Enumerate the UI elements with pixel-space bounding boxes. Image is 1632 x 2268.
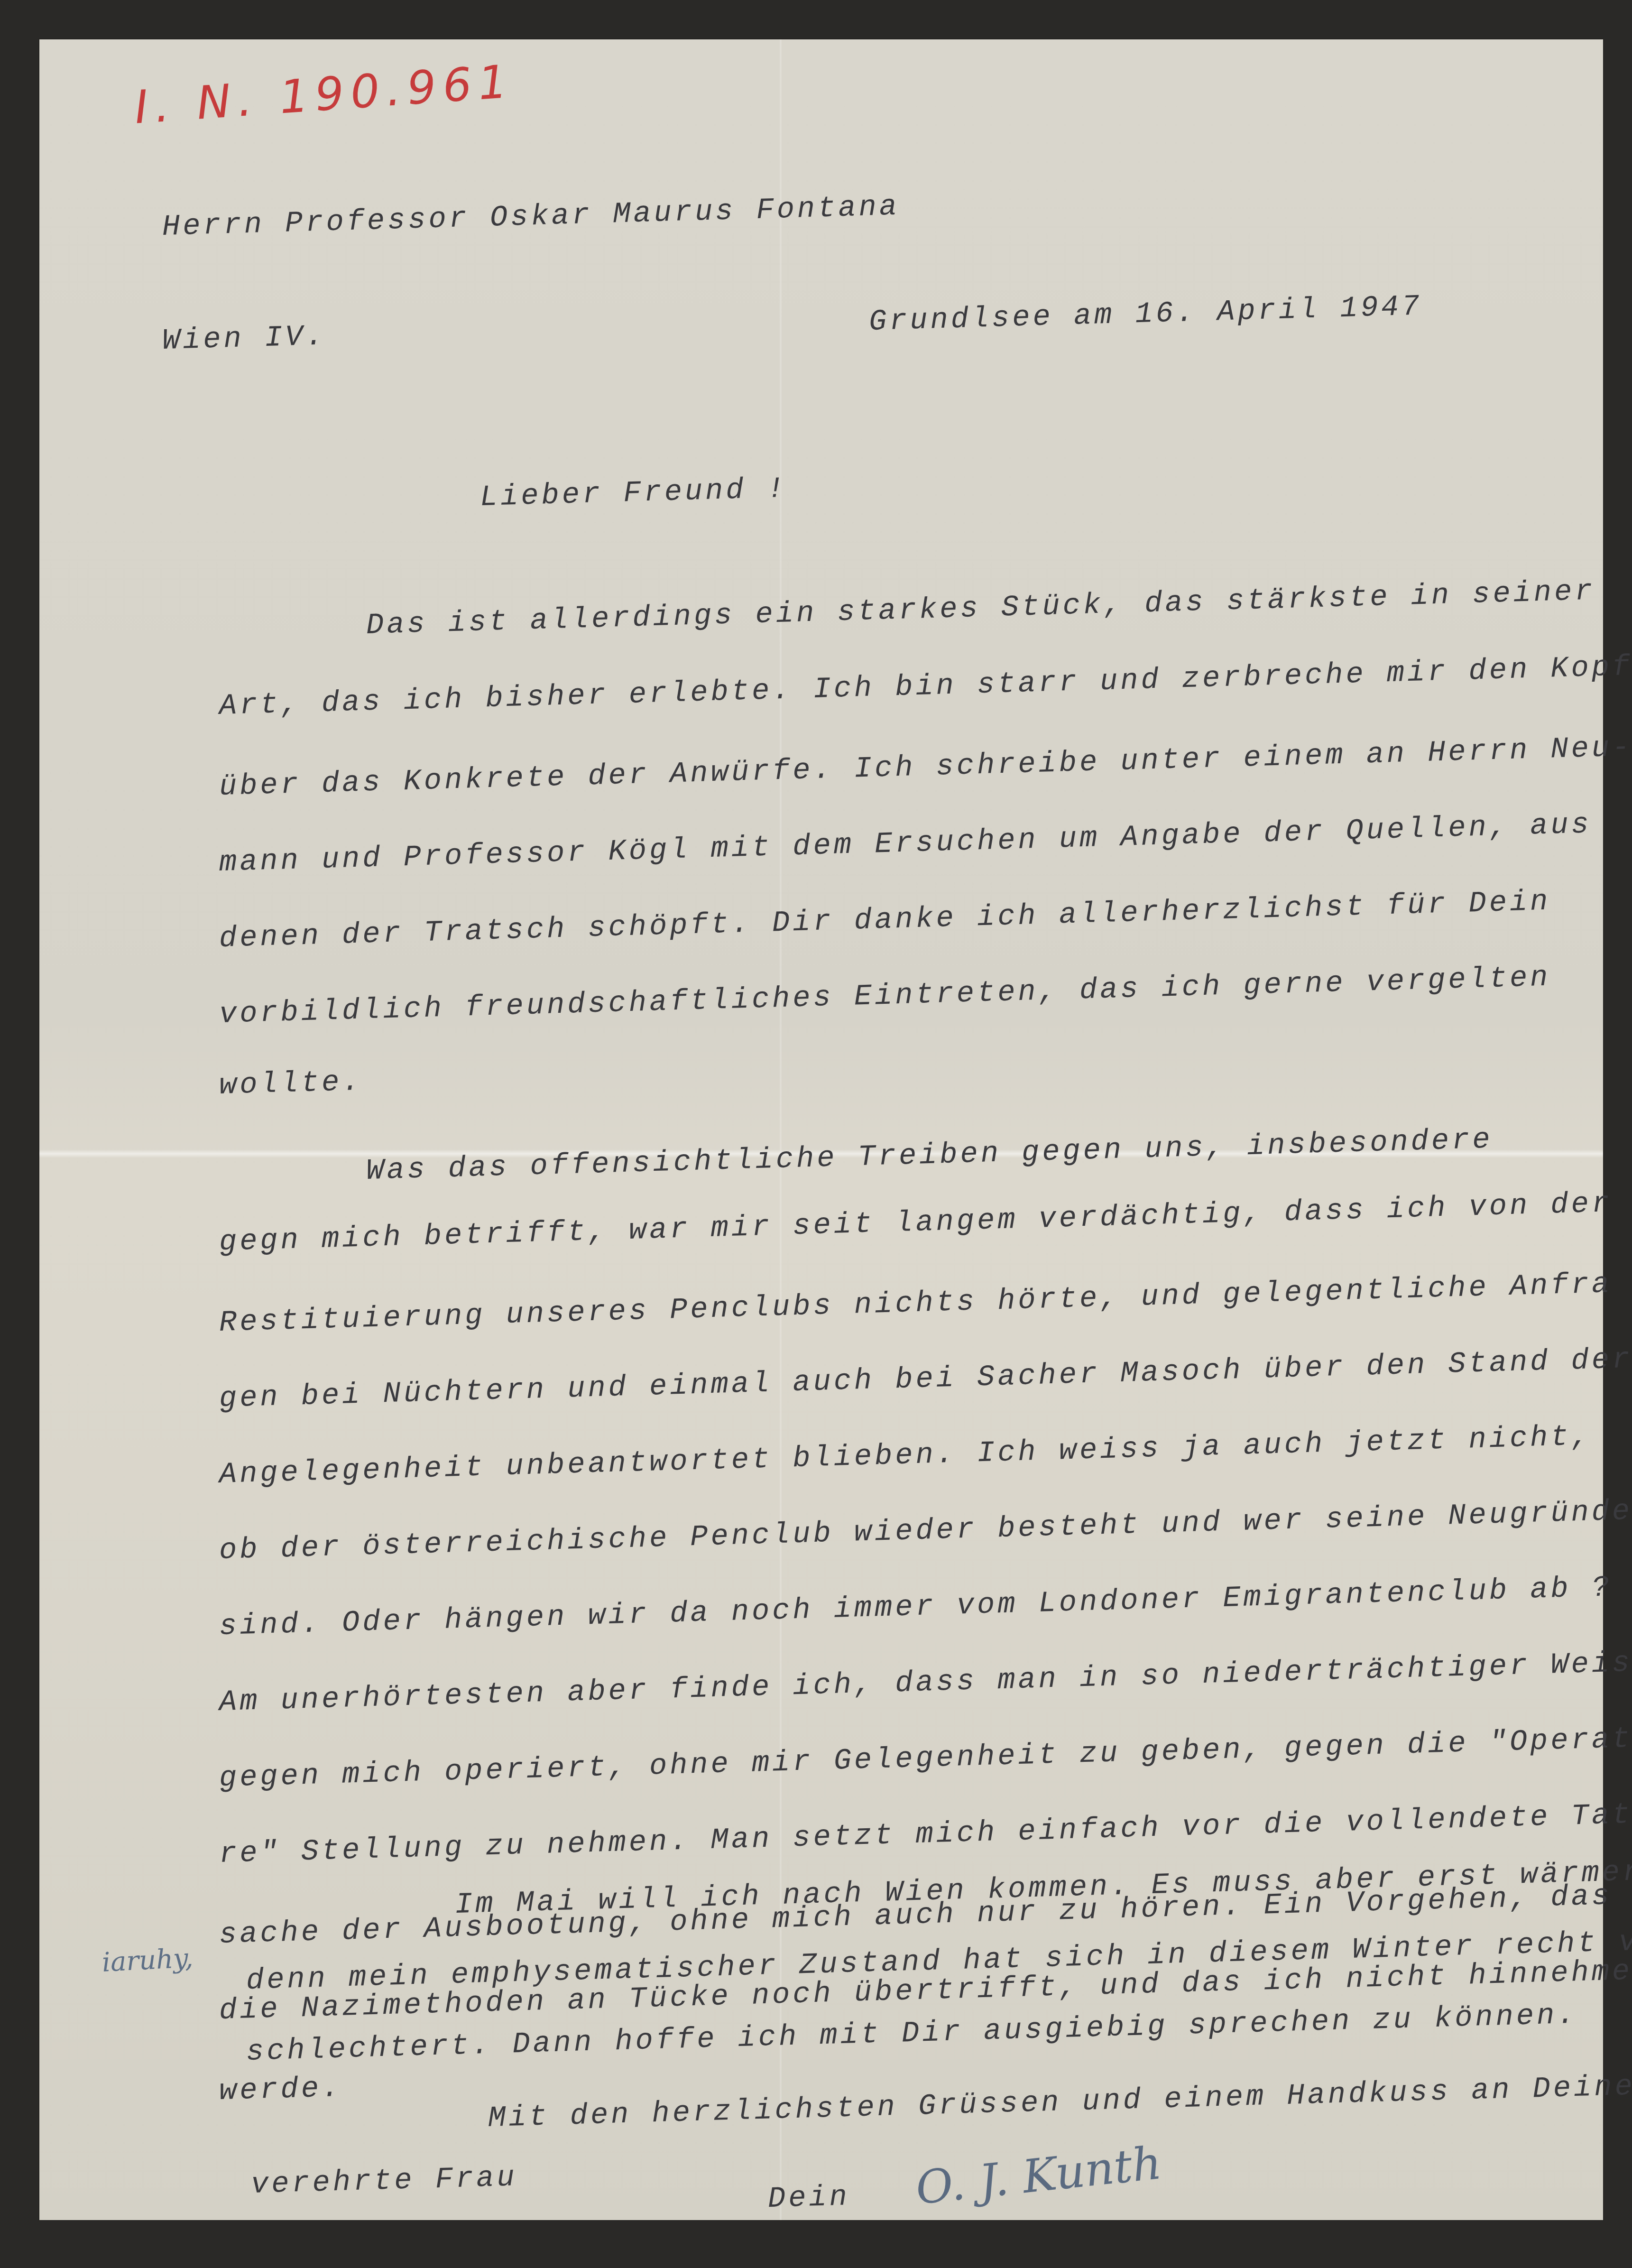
body-line: Was das offensichtliche Treiben gegen un… [366,1123,1493,1188]
body-line: gen bei Nüchtern und einmal auch bei Sac… [219,1342,1632,1416]
body-line: Angelegenheit unbeantwortet blieben. Ich… [219,1419,1592,1491]
body-line: über das Konkrete der Anwürfe. Ich schre… [219,731,1632,804]
salutation: Lieber Freund ! [479,472,788,514]
body-line: sind. Oder hängen wir da noch immer vom … [219,1571,1613,1643]
body-line: Restituierung unseres Penclubs nichts hö… [219,1266,1632,1340]
body-line: ob der österreichische Penclub wieder be… [219,1494,1632,1567]
body-line: werde. [219,2071,342,2108]
body-line: Das ist allerdings ein starkes Stück, da… [366,574,1595,642]
body-line: mann und Professor Kögl mit dem Ersuchen… [219,807,1592,879]
inventory-number: I. N. 190.961 [133,55,516,134]
body-line: denen der Tratsch schöpft. Dir danke ich… [219,885,1551,955]
closing-right: Dein [767,2180,850,2216]
margin-note: iaruhy, [101,1943,194,1978]
body-line: vorbildlich freundschaftliches Eintreten… [219,961,1551,1031]
body-line: Art, das ich bisher erlebte. Ich bin sta… [219,650,1632,723]
body-line: Am unerhörtesten aber finde ich, dass ma… [219,1646,1632,1719]
body-line: re" Stellung zu nehmen. Man setzt mich e… [219,1797,1632,1871]
body-line: gegn mich betrifft, war mir seit langem … [219,1186,1613,1259]
body-line: gegen mich operiert, ohne mir Gelegenhei… [219,1720,1632,1795]
recipient-name: Herrn Professor Oskar Maurus Fontana [162,190,900,244]
place-date: Grundlsee am 16. April 1947 [868,289,1422,339]
recipient-city: Wien IV. [162,319,327,358]
body-line: wollte. [219,1065,363,1102]
